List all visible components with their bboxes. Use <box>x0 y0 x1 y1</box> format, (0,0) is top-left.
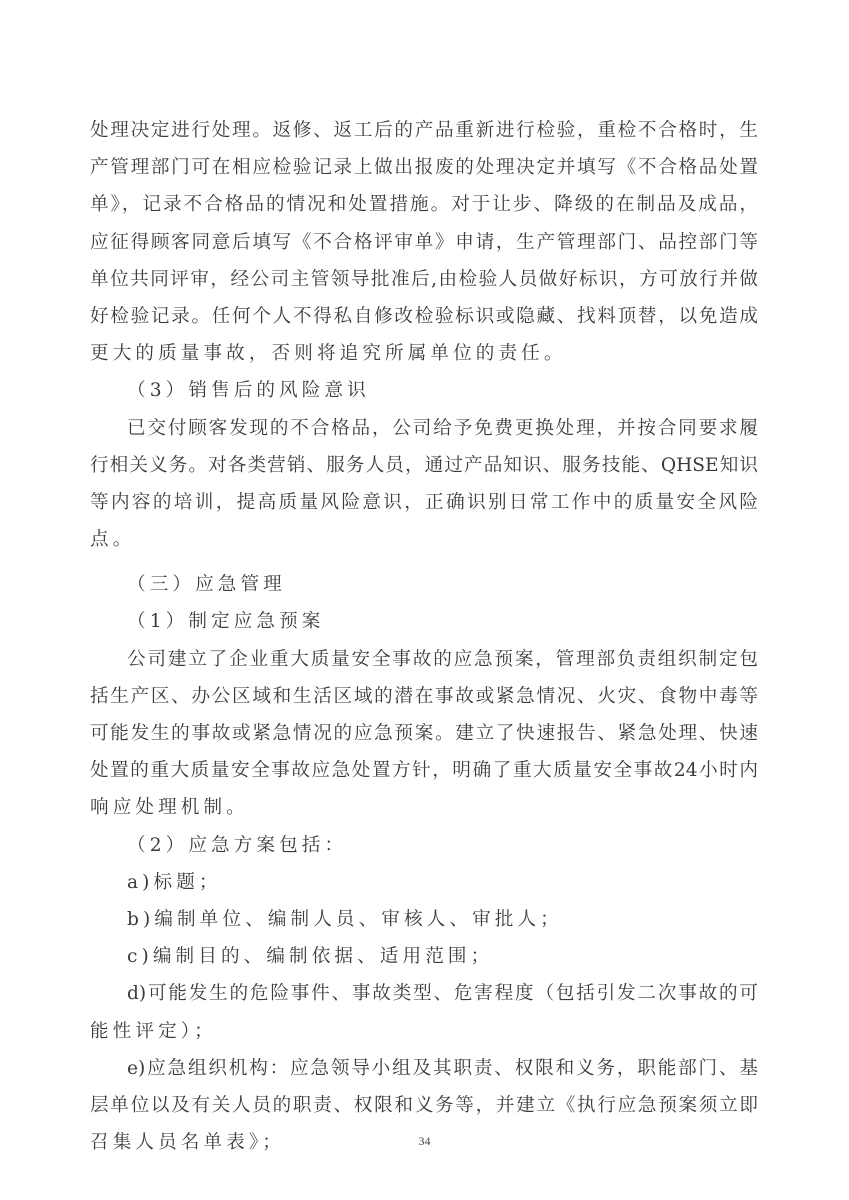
text-line: 公司建立了企业重大质量安全事故的应急预案，管理部负责组织制定包 <box>90 641 758 678</box>
list-item-d-cont: 能性评定）； <box>90 1013 758 1050</box>
text-line: 响应处理机制。 <box>90 789 758 826</box>
section-heading-emergency-management: （三）应急管理 <box>90 566 758 603</box>
text-line: 处置的重大质量安全事故应急处置方针，明确了重大质量安全事故24小时内 <box>90 752 758 789</box>
subheading-emergency-plan: （1）制定应急预案 <box>90 603 758 640</box>
text-line: 好检验记录。任何个人不得私自修改检验标识或隐藏、找料顶替，以免造成 <box>90 298 758 335</box>
document-body: 处理决定进行处理。返修、返工后的产品重新进行检验，重检不合格时，生 产管理部门可… <box>90 112 758 1161</box>
text-line: 更大的质量事故，否则将追究所属单位的责任。 <box>90 335 758 372</box>
paragraph-gap <box>90 558 758 566</box>
text-line: 行相关义务。对各类营销、服务人员，通过产品知识、服务技能、QHSE知识 <box>90 447 758 484</box>
subheading-plan-contents: （2）应急方案包括： <box>90 827 758 864</box>
text-line: 可能发生的事故或紧急情况的应急预案。建立了快速报告、紧急处理、快速 <box>90 715 758 752</box>
text-line: 应征得顾客同意后填写《不合格评审单》申请，生产管理部门、品控部门等 <box>90 224 758 261</box>
text-line: 已交付顾客发现的不合格品，公司给予免费更换处理，并按合同要求履 <box>90 410 758 447</box>
text-line: 等内容的培训，提高质量风险意识，正确识别日常工作中的质量安全风险 <box>90 484 758 521</box>
list-item-c: c)编制目的、编制依据、适用范围； <box>90 938 758 975</box>
text-line: 单》，记录不合格品的情况和处置措施。对于让步、降级的在制品及成品， <box>90 186 758 223</box>
list-item-a: a)标题； <box>90 864 758 901</box>
subheading-after-sales-risk: （3）销售后的风险意识 <box>90 372 758 409</box>
list-item-b: b)编制单位、编制人员、审核人、审批人； <box>90 901 758 938</box>
page-number: 34 <box>0 1134 849 1149</box>
list-item-d: d)可能发生的危险事件、事故类型、危害程度（包括引发二次事故的可 <box>90 975 758 1012</box>
list-item-e-cont: 层单位以及有关人员的职责、权限和义务等，并建立《执行应急预案须立即 <box>90 1087 758 1124</box>
text-line: 括生产区、办公区域和生活区域的潜在事故或紧急情况、火灾、食物中毒等 <box>90 678 758 715</box>
list-item-e: e)应急组织机构：应急领导小组及其职责、权限和义务，职能部门、基 <box>90 1050 758 1087</box>
text-line: 产管理部门可在相应检验记录上做出报废的处理决定并填写《不合格品处置 <box>90 149 758 186</box>
text-line: 点。 <box>90 521 758 558</box>
text-line: 处理决定进行处理。返修、返工后的产品重新进行检验，重检不合格时，生 <box>90 112 758 149</box>
text-line: 单位共同评审，经公司主管领导批准后,由检验人员做好标识，方可放行并做 <box>90 261 758 298</box>
